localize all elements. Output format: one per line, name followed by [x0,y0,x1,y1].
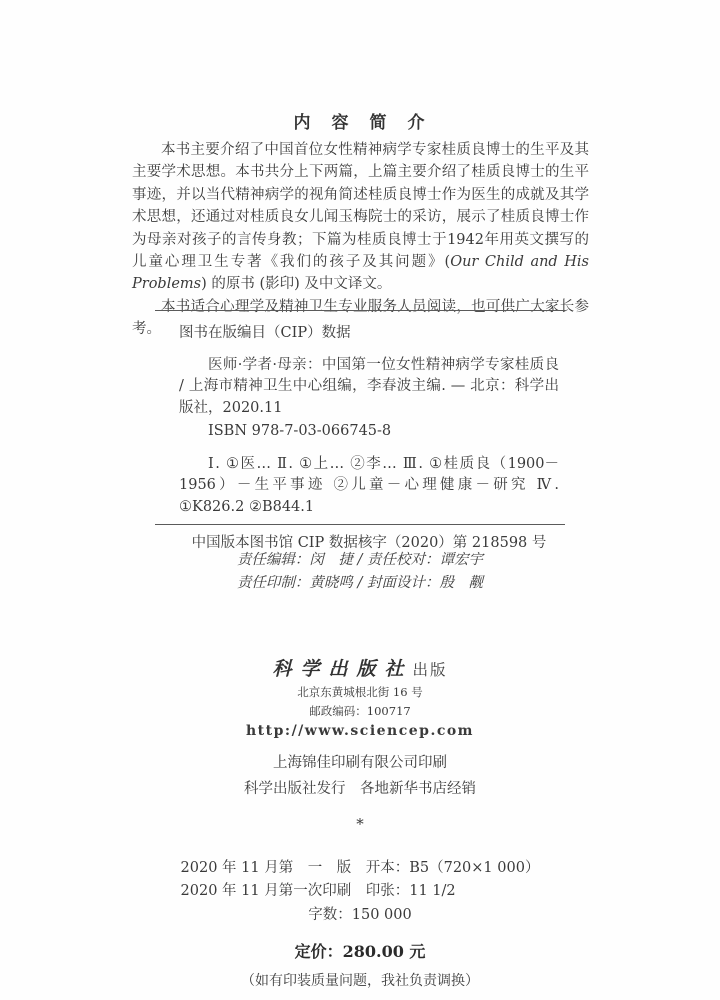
edition-print-line: 2020 年 11 月第一次印刷 印张：11 1/2 [181,880,540,903]
publisher-logo-text: 科学出版社 [272,658,412,680]
cip-classification: Ⅰ. ①医… Ⅱ. ①上… ②李… Ⅲ. ①桂质良（1900－1956）－生平事… [179,454,559,519]
summary-p1-text: 本书主要介绍了中国首位女性精神病学专家桂质良博士的生平及其主要学术思想。本书共分… [132,142,589,270]
cip-isbn: ISBN 978-7-03-066745-8 [179,421,559,443]
publish-label: 出版 [413,661,448,679]
summary-paragraph-1: 本书主要介绍了中国首位女性精神病学专家桂质良博士的生平及其主要学术思想。本书共分… [132,139,589,296]
star-separator: * [0,815,720,833]
publisher-line: 科学出版社出版 [0,654,720,681]
quality-notice: （如有印装质量问题，我社负责调换） [0,970,720,990]
credits-editing-line: 责任编辑：闵 捷 / 责任校对：谭宏宇 [0,549,720,572]
publisher-website: http://www.sciencep.com [0,723,720,739]
edition-first-line: 2020 年 11 月第 一 版 开本：B5（720×1 000） [181,857,540,880]
cip-data-box: 图书在版编目（CIP）数据 医师·学者·母亲：中国第一位女性精神病学专家桂质良 … [155,310,565,525]
cip-inner: 图书在版编目（CIP）数据 医师·学者·母亲：中国第一位女性精神病学专家桂质良 … [155,323,565,555]
distribution-line: 科学出版社发行 各地新华书店经销 [0,777,720,798]
price: 定价：280.00 元 [0,939,720,962]
edition-lines: 2020 年 11 月第 一 版 开本：B5（720×1 000） 2020 年… [181,857,540,903]
summary-p1-tail: ) 的原书 (影印) 及中文译文。 [201,276,391,292]
content-summary-title: 内 容 简 介 [0,108,720,133]
cip-heading: 图书在版编目（CIP）数据 [179,323,559,345]
cip-title-line: 医师·学者·母亲：中国第一位女性精神病学专家桂质良 / 上海市精神卫生中心组编，… [179,355,559,420]
edition-info: 2020 年 11 月第 一 版 开本：B5（720×1 000） 2020 年… [0,843,720,903]
credits-printing-line: 责任印制：黄晓鸣 / 封面设计：殷 觏 [0,572,720,595]
printer-line: 上海锦佳印刷有限公司印刷 [0,751,720,772]
colophon: 科学出版社出版 北京东黄城根北街 16 号 邮政编码：100717 http:/… [0,654,720,990]
publisher-postcode: 邮政编码：100717 [0,703,720,719]
word-count: 字数：150 000 [0,903,720,924]
staff-credits: 责任编辑：闵 捷 / 责任校对：谭宏宇 责任印制：黄晓鸣 / 封面设计：殷 觏 [0,549,720,595]
publisher-address: 北京东黄城根北街 16 号 [0,684,720,700]
copyright-page: 内 容 简 介 本书主要介绍了中国首位女性精神病学专家桂质良博士的生平及其主要学… [0,0,720,1000]
